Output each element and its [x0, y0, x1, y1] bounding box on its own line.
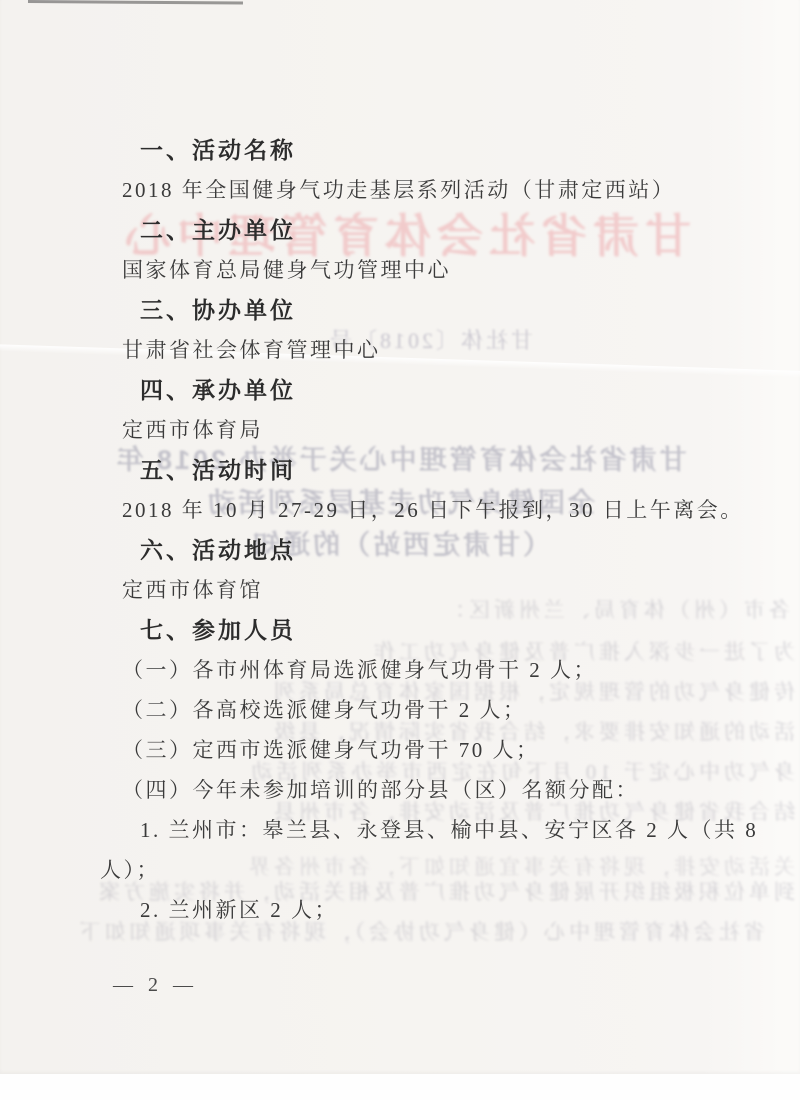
section-heading: 五、活动时间 — [0, 450, 800, 490]
body-line: （三）定西市选派健身气功骨干 70 人； — [0, 730, 800, 770]
body-line: 甘肃省社会体育管理中心 — [0, 330, 800, 370]
section-heading: 六、活动地点 — [0, 530, 800, 570]
continuation-line: 人）； — [0, 850, 800, 890]
list-item-line: 1. 兰州市：皋兰县、永登县、榆中县、安宁区各 2 人（共 8 — [0, 810, 800, 850]
body-line: 定西市体育馆 — [0, 570, 800, 610]
section-heading: 四、承办单位 — [0, 370, 800, 410]
body-line: （一）各市州体育局选派健身气功骨干 2 人； — [0, 650, 800, 690]
body-line: 国家体育总局健身气功管理中心 — [0, 250, 800, 290]
body-line: （四）今年未参加培训的部分县（区）名额分配： — [0, 770, 800, 810]
section-heading: 二、主办单位 — [0, 210, 800, 250]
body-line: 定西市体育局 — [0, 410, 800, 450]
section-heading: 七、参加人员 — [0, 610, 800, 650]
list-item-line: 2. 兰州新区 2 人； — [0, 890, 800, 930]
page-number: — 2 — — [113, 974, 198, 997]
section-heading: 一、活动名称 — [0, 130, 800, 170]
body-line: 2018 年全国健身气功走基层系列活动（甘肃定西站） — [0, 170, 800, 210]
document-body: 一、活动名称 2018 年全国健身气功走基层系列活动（甘肃定西站） 二、主办单位… — [0, 130, 800, 930]
body-line: 2018 年 10 月 27-29 日，26 日下午报到，30 日上午离会。 — [0, 490, 800, 530]
body-line: （二）各高校选派健身气功骨干 2 人； — [0, 690, 800, 730]
section-heading: 三、协办单位 — [0, 290, 800, 330]
scanned-document-page: 甘肃省社会体育管理中心 甘社体〔2018〕号 甘肃省社会体育管理中心关于举办 2… — [0, 0, 800, 1100]
